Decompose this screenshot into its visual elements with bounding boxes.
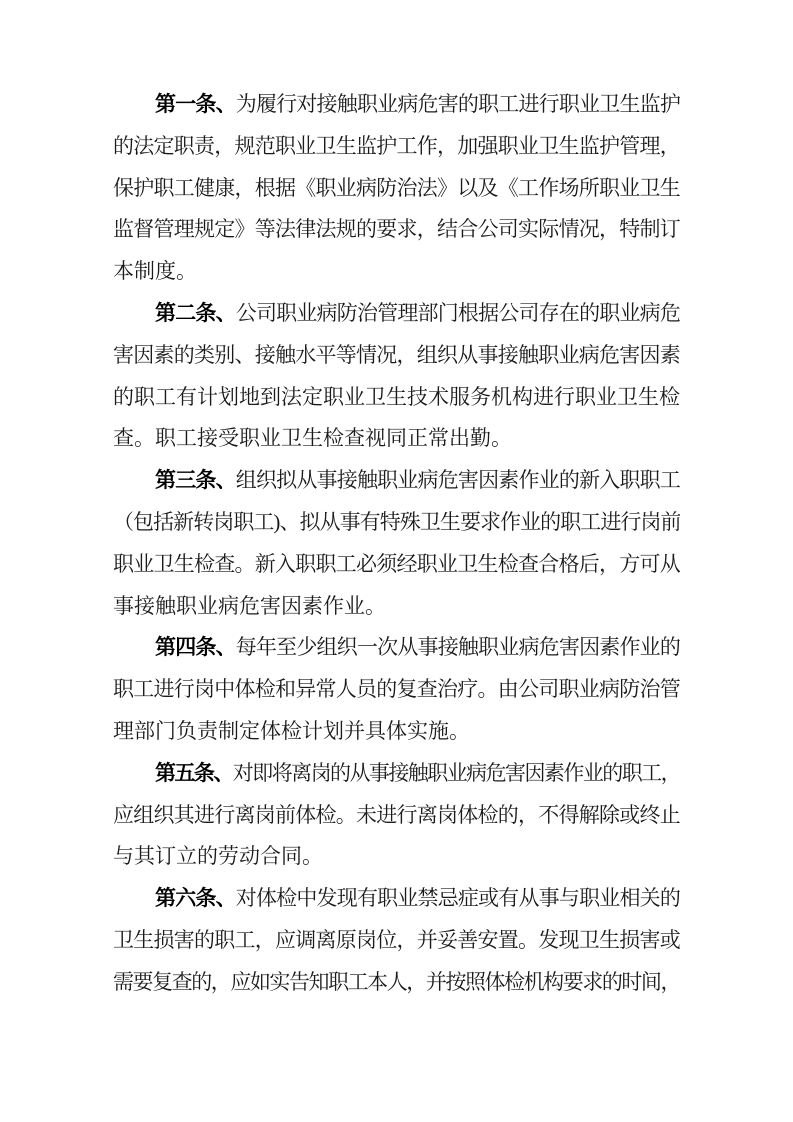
text-line: 本制度。 <box>113 251 680 293</box>
text-line: 害因素的类别、接触水平等情况，组织从事接触职业病危害因素 <box>113 335 680 377</box>
line-text: 每年至少组织一次从事接触职业病危害因素作业的 <box>236 635 680 659</box>
text-line: 理部门负责制定体检计划并具体实施。 <box>113 711 680 753</box>
text-line: （包括新转岗职工)、拟从事有特殊卫生要求作业的职工进行岗前 <box>113 502 680 544</box>
text-line: 应组织其进行离岗前体检。未进行离岗体检的，不得解除或终止 <box>113 795 680 837</box>
article-number-label: 第三条、 <box>155 468 236 492</box>
text-line: 第二条、公司职业病防治管理部门根据公司存在的职业病危 <box>113 293 680 335</box>
article-number-label: 第二条、 <box>155 301 236 325</box>
article-number-label: 第一条、 <box>155 92 236 116</box>
line-text: 公司职业病防治管理部门根据公司存在的职业病危 <box>236 301 680 325</box>
document-body: 第一条、为履行对接触职业病危害的职工进行职业卫生监护的法定职责，规范职业卫生监护… <box>113 84 680 1004</box>
text-line: 需要复查的，应如实告知职工本人，并按照体检机构要求的时间， <box>113 962 680 1004</box>
line-text: 为履行对接触职业病危害的职工进行职业卫生监护 <box>236 92 680 116</box>
text-line: 与其订立的劳动合同。 <box>113 836 680 878</box>
text-line: 第五条、对即将离岗的从事接触职业病危害因素作业的职工， <box>113 753 680 795</box>
text-line: 职工进行岗中体检和异常人员的复查治疗。由公司职业病防治管 <box>113 669 680 711</box>
line-text: 对体检中发现有职业禁忌症或有从事与职业相关的 <box>236 886 680 910</box>
text-line: 职业卫生检查。新入职职工必须经职业卫生检查合格后，方可从 <box>113 544 680 586</box>
text-line: 查。职工接受职业卫生检查视同正常出勤。 <box>113 418 680 460</box>
text-line: 监督管理规定》等法律法规的要求，结合公司实际情况，特制订 <box>113 209 680 251</box>
text-line: 事接触职业病危害因素作业。 <box>113 586 680 628</box>
text-line: 的法定职责，规范职业卫生监护工作，加强职业卫生监护管理， <box>113 126 680 168</box>
article-number-label: 第四条、 <box>155 635 236 659</box>
text-line: 第三条、组织拟从事接触职业病危害因素作业的新入职职工 <box>113 460 680 502</box>
text-line: 第六条、对体检中发现有职业禁忌症或有从事与职业相关的 <box>113 878 680 920</box>
text-line: 第一条、为履行对接触职业病危害的职工进行职业卫生监护 <box>113 84 680 126</box>
line-text: 对即将离岗的从事接触职业病危害因素作业的职工， <box>233 761 680 785</box>
text-line: 保护职工健康，根据《职业病防治法》以及《工作场所职业卫生 <box>113 168 680 210</box>
text-line: 的职工有计划地到法定职业卫生技术服务机构进行职业卫生检 <box>113 377 680 419</box>
document-page: 第一条、为履行对接触职业病危害的职工进行职业卫生监护的法定职责，规范职业卫生监护… <box>0 0 793 1122</box>
line-text: 组织拟从事接触职业病危害因素作业的新入职职工 <box>236 468 680 492</box>
text-line: 第四条、每年至少组织一次从事接触职业病危害因素作业的 <box>113 627 680 669</box>
article-number-label: 第五条、 <box>155 761 233 785</box>
text-line: 卫生损害的职工，应调离原岗位，并妥善安置。发现卫生损害或 <box>113 920 680 962</box>
article-number-label: 第六条、 <box>155 886 236 910</box>
